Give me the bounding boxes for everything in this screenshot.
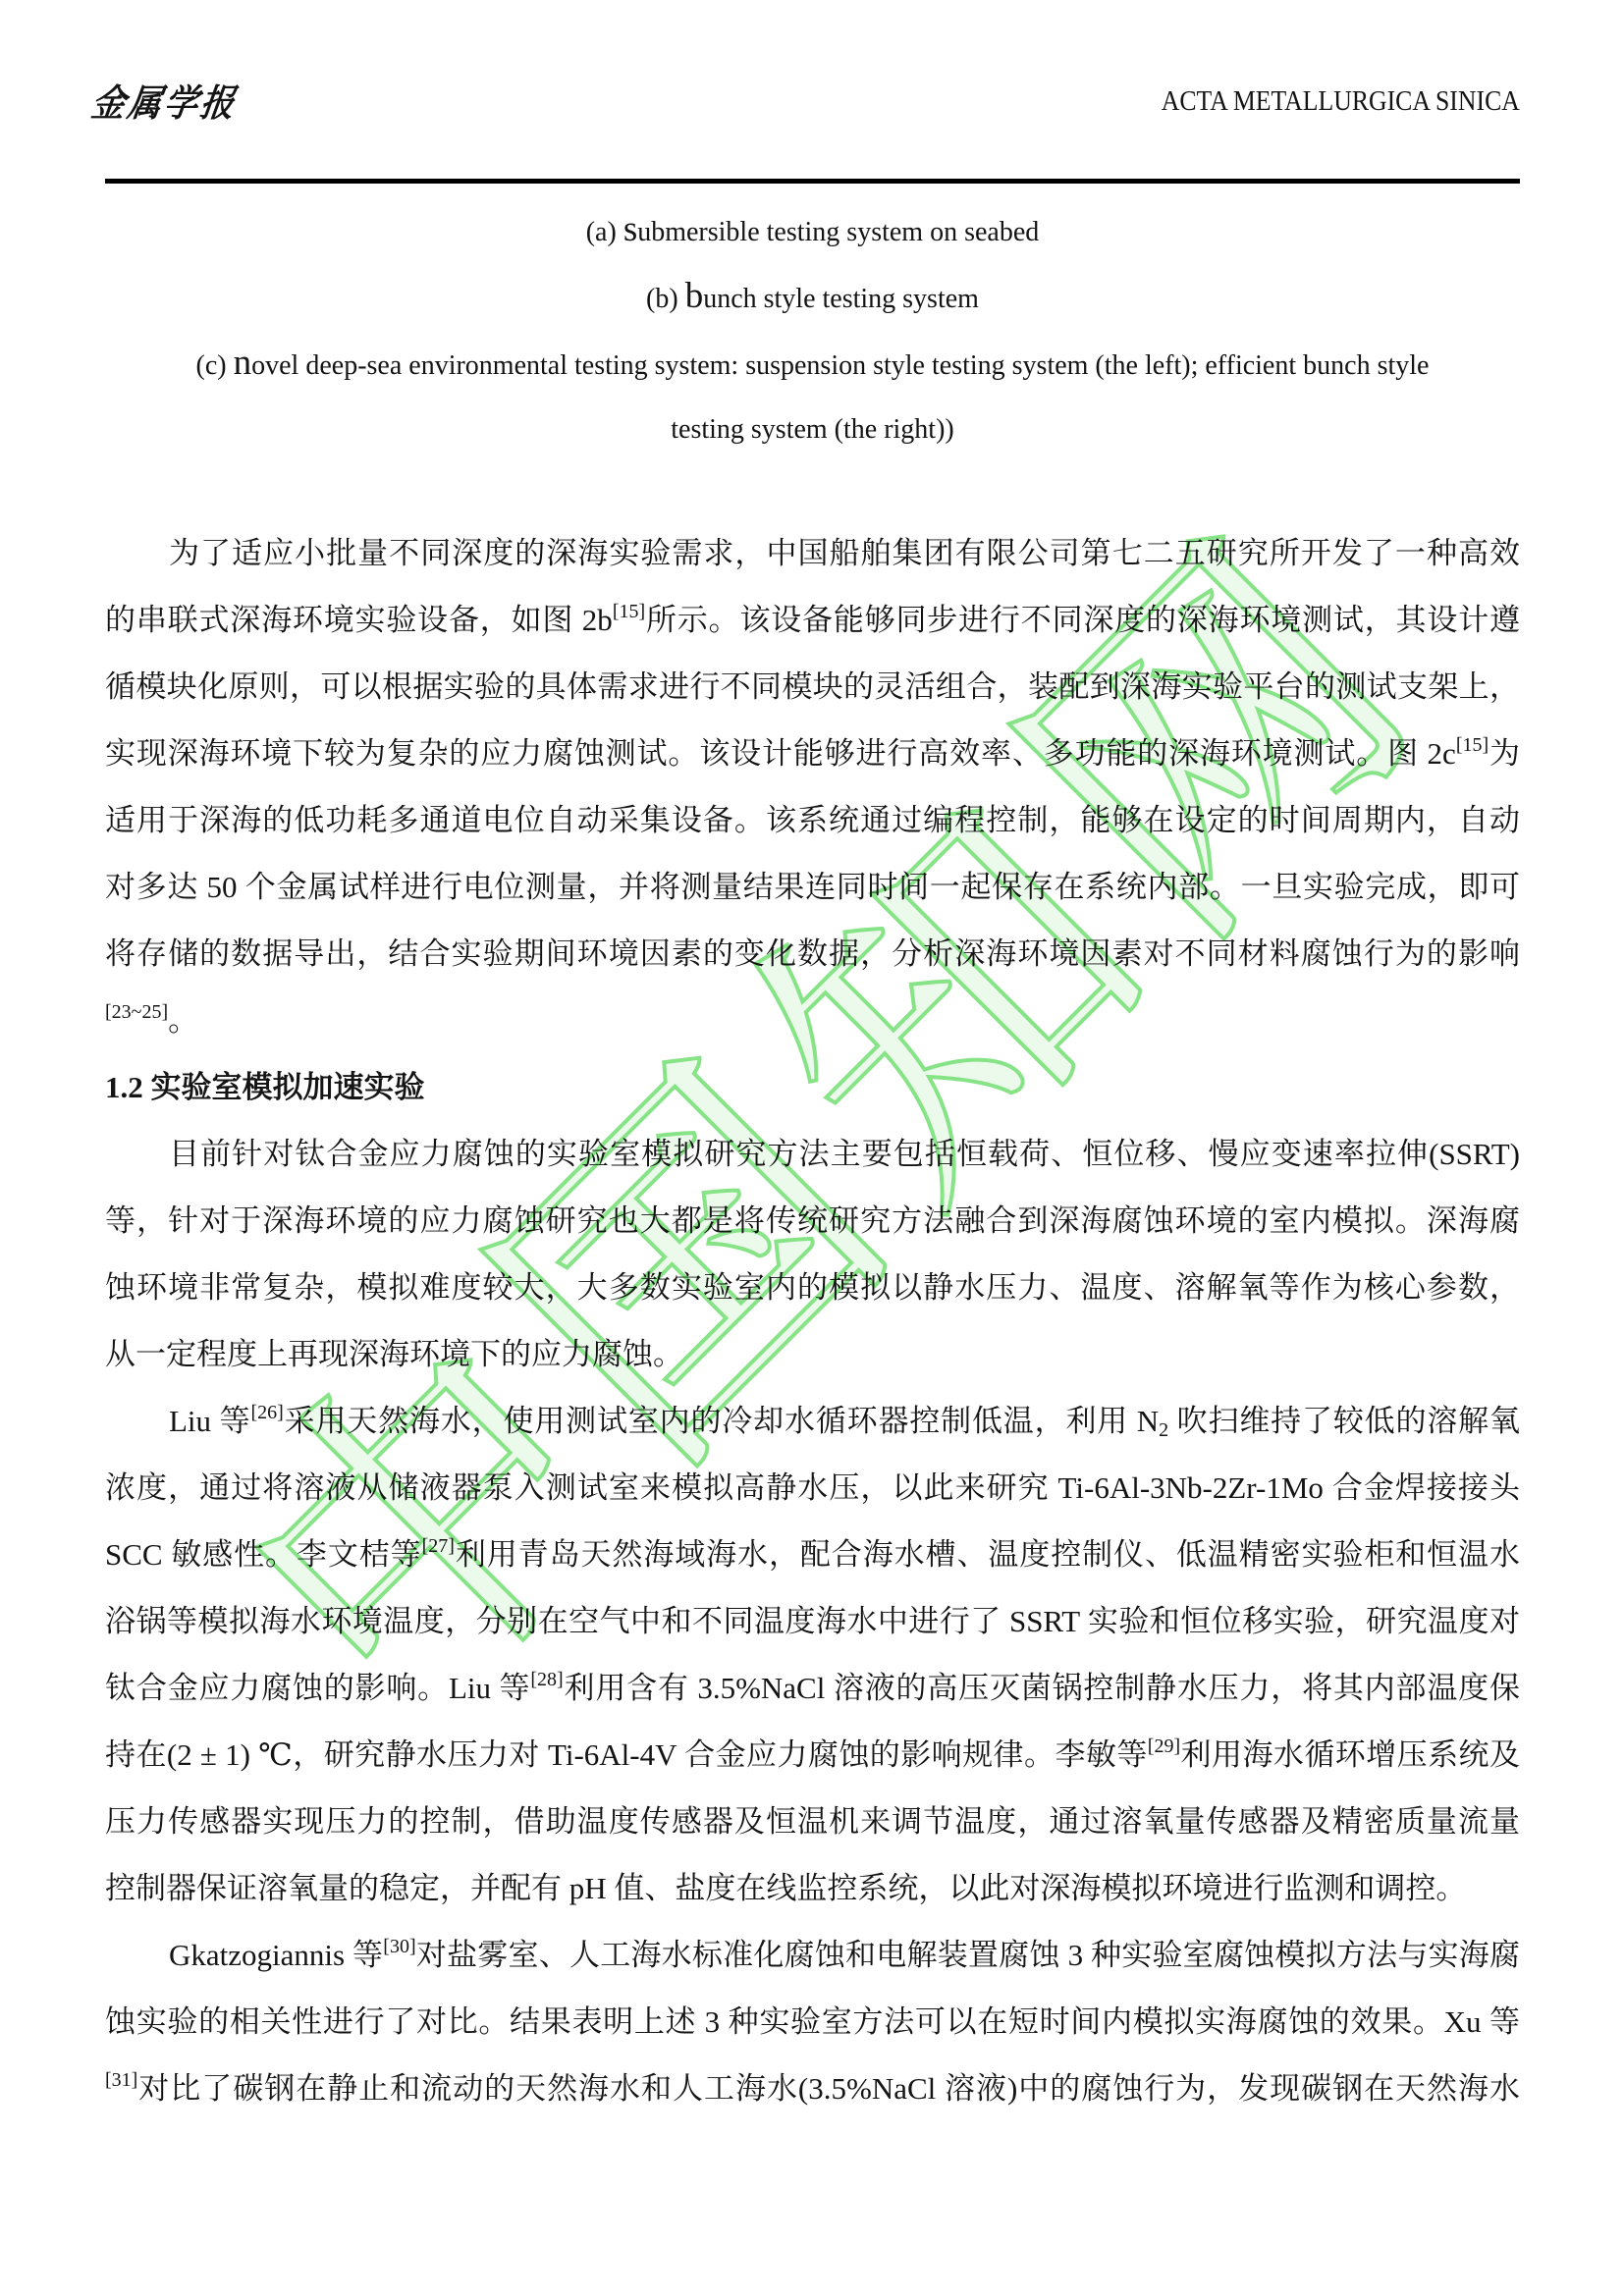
text-line: [31]对比了碳钢在静止和流动的天然海水和人工海水(3.5%NaCl 溶液)中的… — [105, 2056, 1520, 2122]
text-line: 为了适应小批量不同深度的深海实验需求，中国船舶集团有限公司第七二五研究所开发了一… — [105, 520, 1520, 587]
text-line: 实现深海环境下较为复杂的应力腐蚀测试。该设计能够进行高效率、多功能的深海环境测试… — [105, 721, 1520, 787]
figure-caption-line: testing system (the right)) — [105, 397, 1520, 463]
spacer — [105, 463, 1520, 520]
paragraph: 目前针对钛合金应力腐蚀的实验室模拟研究方法主要包括恒载荷、恒位移、慢应变速率拉伸… — [105, 1121, 1520, 1388]
text-line: 从一定程度上再现深海环境下的应力腐蚀。 — [105, 1321, 1520, 1388]
text-line: 蚀实验的相关性进行了对比。结果表明上述 3 种实验室方法可以在短时间内模拟实海腐… — [105, 1989, 1520, 2056]
text-line: 对多达 50 个金属试样进行电位测量，并将测量结果连同时间一起保存在系统内部。一… — [105, 854, 1520, 921]
text-line: 将存储的数据导出，结合实验期间环境因素的变化数据，分析深海环境因素对不同材料腐蚀… — [105, 921, 1520, 988]
figure-caption-line: (a) submersible testing system on seabed — [105, 196, 1520, 263]
header-rule — [105, 179, 1520, 184]
text-line: 等，针对于深海环境的应力腐蚀研究也大都是将传统研究方法融合到深海腐蚀环境的室内模… — [105, 1188, 1520, 1255]
text-line: SCC 敏感性。李文桔等[27]利用青岛天然海域海水，配合海水槽、温度控制仪、低… — [105, 1522, 1520, 1588]
document-page: 金属学报 ACTA METALLURGICA SINICA 中国知网 (a) s… — [0, 0, 1624, 2296]
figure-caption-line: (c) novel deep-sea environmental testing… — [105, 330, 1520, 397]
journal-name: ACTA METALLURGICA SINICA — [1162, 86, 1520, 118]
text-line: 的串联式深海环境实验设备，如图 2b[15]所示。该设备能够同步进行不同深度的深… — [105, 587, 1520, 654]
text-line: [23~25]。 — [105, 988, 1520, 1054]
figure-caption-line: (b) bunch style testing system — [105, 263, 1520, 330]
text-line: 钛合金应力腐蚀的影响。Liu 等[28]利用含有 3.5%NaCl 溶液的高压灭… — [105, 1655, 1520, 1722]
journal-logo: 金属学报 — [88, 73, 241, 127]
page-content: (a) submersible testing system on seabed… — [105, 196, 1520, 2122]
text-line: 压力传感器实现压力的控制，借助温度传感器及恒温机来调节温度，通过溶氧量传感器及精… — [105, 1789, 1520, 1855]
text-line: 蚀环境非常复杂，模拟难度较大，大多数实验室内的模拟以静水压力、温度、溶解氧等作为… — [105, 1255, 1520, 1321]
paragraph: Liu 等[26]采用天然海水，使用测试室内的冷却水循环器控制低温，利用 N2 … — [105, 1388, 1520, 1922]
text-line: 浓度，通过将溶液从储液器泵入测试室来模拟高静水压，以此来研究 Ti-6Al-3N… — [105, 1455, 1520, 1522]
paragraph: Gkatzogiannis 等[30]对盐雾室、人工海水标准化腐蚀和电解装置腐蚀… — [105, 1922, 1520, 2122]
text-line: 浴锅等模拟海水环境温度，分别在空气中和不同温度海水中进行了 SSRT 实验和恒位… — [105, 1588, 1520, 1655]
section-heading: 1.2 实验室模拟加速实验 — [105, 1054, 1520, 1121]
text-line: Gkatzogiannis 等[30]对盐雾室、人工海水标准化腐蚀和电解装置腐蚀… — [105, 1922, 1520, 1989]
text-line: 循模块化原则，可以根据实验的具体需求进行不同模块的灵活组合，装配到深海实验平台的… — [105, 654, 1520, 721]
text-line: 控制器保证溶氧量的稳定，并配有 pH 值、盐度在线监控系统，以此对深海模拟环境进… — [105, 1855, 1520, 1922]
text-line: 适用于深海的低功耗多通道电位自动采集设备。该系统通过编程控制，能够在设定的时间周… — [105, 787, 1520, 854]
text-line: 持在(2 ± 1) ℃，研究静水压力对 Ti-6Al-4V 合金应力腐蚀的影响规… — [105, 1722, 1520, 1789]
text-line: Liu 等[26]采用天然海水，使用测试室内的冷却水循环器控制低温，利用 N2 … — [105, 1388, 1520, 1455]
paragraph: 为了适应小批量不同深度的深海实验需求，中国船舶集团有限公司第七二五研究所开发了一… — [105, 520, 1520, 1054]
text-line: 目前针对钛合金应力腐蚀的实验室模拟研究方法主要包括恒载荷、恒位移、慢应变速率拉伸… — [105, 1121, 1520, 1188]
